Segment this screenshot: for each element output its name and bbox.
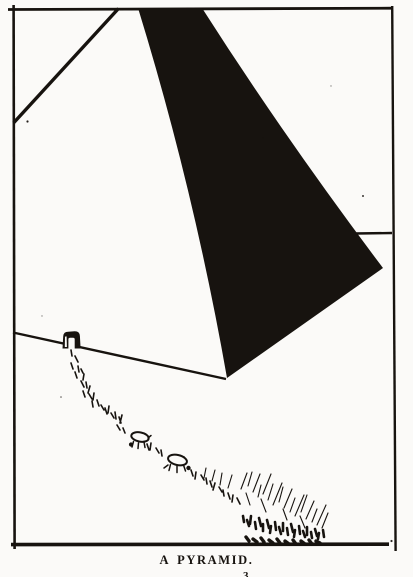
camel-driver xyxy=(186,466,190,470)
crowd-spears xyxy=(204,468,328,528)
page-number-partial: 3 xyxy=(243,571,259,577)
caravan-trail-figures xyxy=(71,350,240,504)
pyramid-left-edge-line xyxy=(14,9,119,124)
frame-left-rule xyxy=(14,5,15,549)
tomb-entrance-door xyxy=(68,338,74,349)
camel-driver xyxy=(129,442,133,446)
desert-horizon-line xyxy=(355,233,392,234)
frame-right-rule xyxy=(392,6,395,551)
pyramid-shadow-face xyxy=(138,8,383,378)
tomb-entrance-highlight xyxy=(65,336,67,347)
pyramid-illustration xyxy=(0,0,413,577)
camel-figure-2 xyxy=(164,453,191,473)
book-illustration-page: A PYRAMID. 3 xyxy=(0,0,413,577)
pyramid-base-line xyxy=(13,333,226,380)
crowd-figures xyxy=(243,516,324,539)
figure-caption: A PYRAMID. xyxy=(0,553,413,568)
tomb-entrance xyxy=(63,331,81,348)
page-number-text: 3 xyxy=(243,571,259,577)
